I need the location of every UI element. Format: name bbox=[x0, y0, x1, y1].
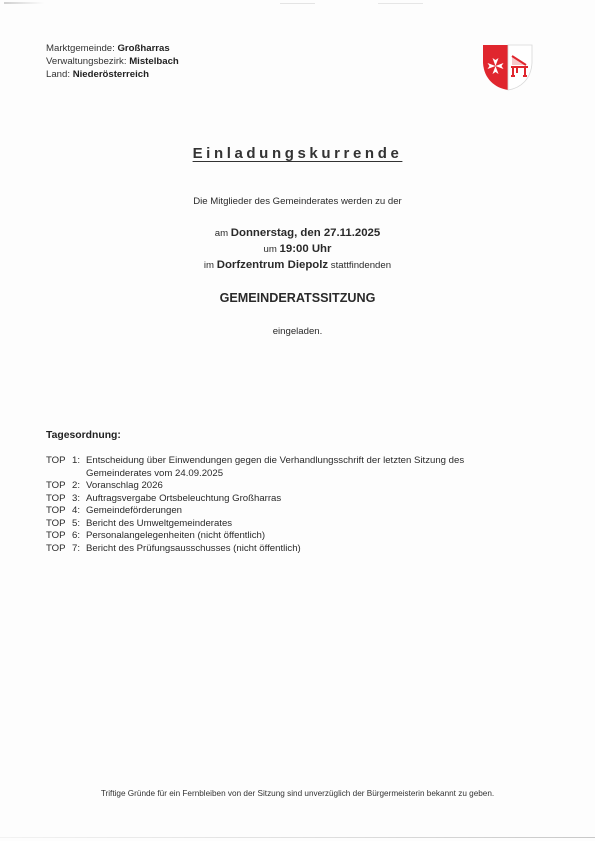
invitation-intro: Die Mitglieder des Gemeinderates werden … bbox=[0, 196, 595, 207]
footer-note: Triftige Gründe für ein Fernbleiben von … bbox=[0, 789, 595, 798]
agenda-item: TOP5:Bericht des Umweltgemeinderates bbox=[46, 518, 506, 531]
meeting-time: um 19:00 Uhr bbox=[0, 243, 595, 255]
agenda-item-number: 1: bbox=[72, 455, 82, 480]
agenda-item-number: 7: bbox=[72, 543, 82, 556]
municipality-header: Marktgemeinde: Großharras Verwaltungsbez… bbox=[46, 42, 179, 82]
agenda-item-text: Personalangelegenheiten (nicht öffentlic… bbox=[82, 530, 506, 543]
agenda-item-text: Gemeindeförderungen bbox=[82, 505, 506, 518]
agenda-item-prefix: TOP bbox=[46, 493, 72, 506]
agenda-item-text: Bericht des Umweltgemeinderates bbox=[82, 518, 506, 531]
agenda-title: Tagesordnung: bbox=[46, 430, 121, 441]
agenda-item-number: 4: bbox=[72, 505, 82, 518]
agenda-item: TOP1:Entscheidung über Einwendungen gege… bbox=[46, 455, 506, 480]
municipal-coat-of-arms-icon bbox=[481, 43, 534, 92]
agenda-item-prefix: TOP bbox=[46, 530, 72, 543]
agenda-item-text: Voranschlag 2026 bbox=[82, 480, 506, 493]
agenda-item-prefix: TOP bbox=[46, 543, 72, 556]
meeting-date: am Donnerstag, den 27.11.2025 bbox=[0, 227, 595, 239]
agenda-item-number: 3: bbox=[72, 493, 82, 506]
scan-artifact bbox=[280, 3, 315, 4]
header-line-state: Land: Niederösterreich bbox=[46, 68, 179, 81]
agenda-item-prefix: TOP bbox=[46, 455, 72, 480]
scan-artifact bbox=[4, 2, 44, 4]
agenda-item: TOP2:Voranschlag 2026 bbox=[46, 480, 506, 493]
agenda-item-text: Auftragsvergabe Ortsbeleuchtung Großharr… bbox=[82, 493, 506, 506]
meeting-type: GEMEINDERATSSITZUNG bbox=[0, 291, 595, 305]
agenda-list: TOP1:Entscheidung über Einwendungen gege… bbox=[46, 455, 506, 555]
agenda-item-prefix: TOP bbox=[46, 518, 72, 531]
scan-edge bbox=[0, 837, 595, 838]
header-line-district: Verwaltungsbezirk: Mistelbach bbox=[46, 55, 179, 68]
agenda-item-prefix: TOP bbox=[46, 505, 72, 518]
agenda-item-number: 2: bbox=[72, 480, 82, 493]
agenda-item-number: 6: bbox=[72, 530, 82, 543]
agenda-item-prefix: TOP bbox=[46, 480, 72, 493]
invitation-closing: eingeladen. bbox=[0, 326, 595, 337]
scan-artifact bbox=[378, 3, 423, 4]
agenda-item: TOP6:Personalangelegenheiten (nicht öffe… bbox=[46, 530, 506, 543]
agenda-item: TOP4:Gemeindeförderungen bbox=[46, 505, 506, 518]
agenda-item-text: Entscheidung über Einwendungen gegen die… bbox=[82, 455, 506, 480]
meeting-place: im Dorfzentrum Diepolz stattfindenden bbox=[0, 259, 595, 271]
agenda-item-text: Bericht des Prüfungsausschusses (nicht ö… bbox=[82, 543, 506, 556]
header-line-municipality: Marktgemeinde: Großharras bbox=[46, 42, 179, 55]
agenda-item-number: 5: bbox=[72, 518, 82, 531]
agenda-item: TOP3:Auftragsvergabe Ortsbeleuchtung Gro… bbox=[46, 493, 506, 506]
agenda-item: TOP7:Bericht des Prüfungsausschusses (ni… bbox=[46, 543, 506, 556]
page-title: Einladungskurrende bbox=[0, 145, 595, 162]
